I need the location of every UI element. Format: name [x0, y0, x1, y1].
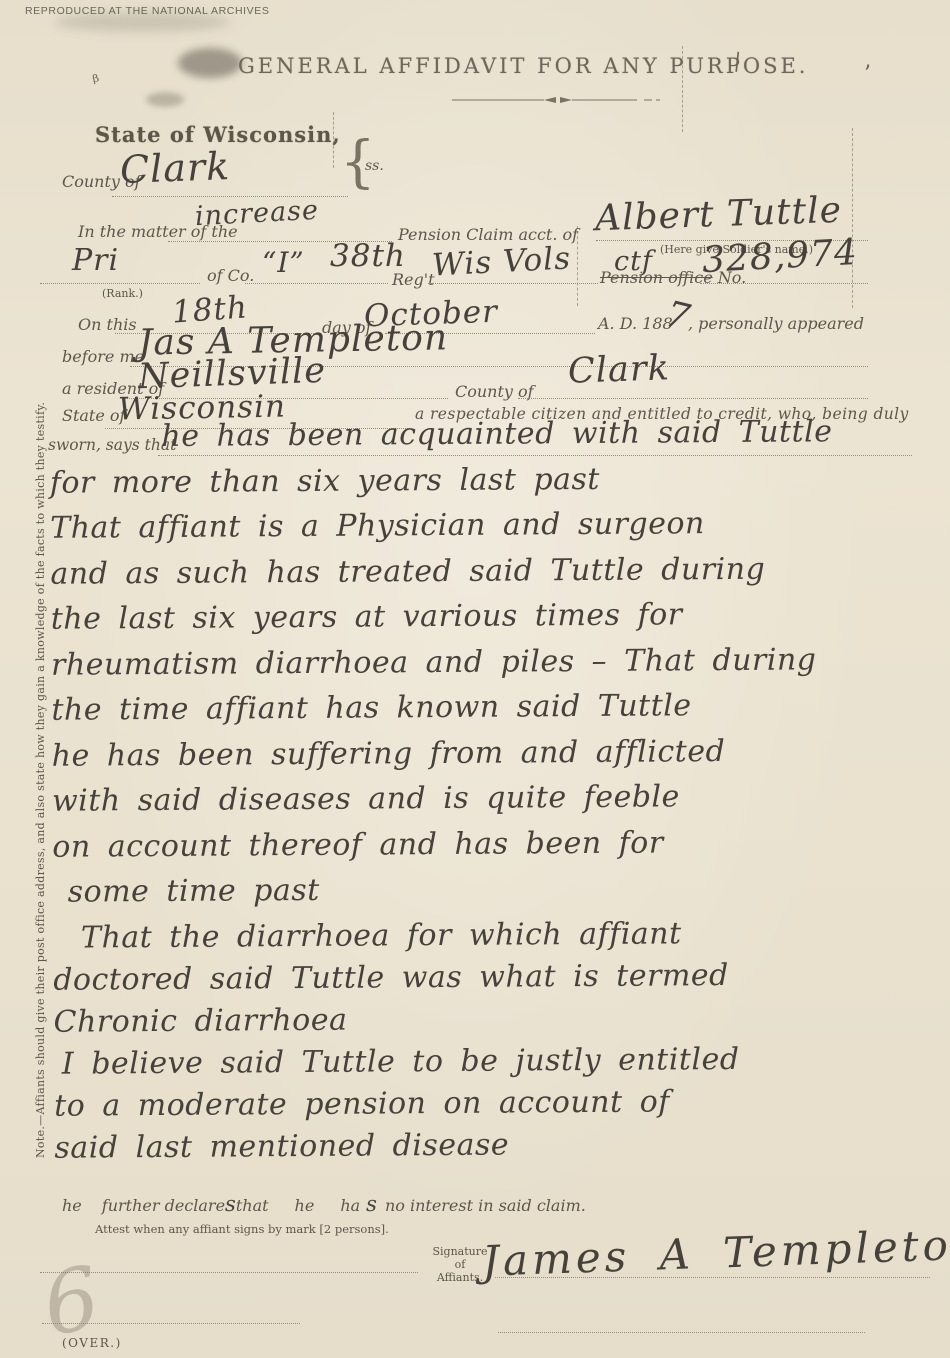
declaration-line: hefurther declaresthathehasno interest i…	[62, 1192, 586, 1216]
affiant-signature: James A Templeton	[481, 1219, 950, 1285]
signature-label-line: Signature	[432, 1245, 488, 1258]
stray-ink-mark: ᵦ	[90, 66, 101, 88]
dotted-rule	[518, 398, 868, 399]
testimony-line: I believe said Tuttle to be justly entit…	[54, 1043, 837, 1090]
dotted-rule	[498, 1332, 865, 1333]
testimony-line: the last six years at various times for	[51, 598, 834, 649]
testimony-line: he has been suffering from and afflicted	[52, 735, 835, 786]
testimony-body: he has been acquainted with said Tuttle …	[49, 416, 837, 1174]
declaration-ha: ha	[340, 1196, 360, 1215]
soldier-name-value: Albert Tuttle	[594, 190, 842, 240]
dotted-rule	[40, 283, 200, 284]
dotted-rule	[700, 283, 868, 284]
affidavit-document-page: REPRODUCED AT THE NATIONAL ARCHIVES GENE…	[0, 0, 950, 1358]
unit-value: Wis Vols	[431, 240, 572, 283]
testimony-line: doctored said Tuttle was what is termed	[53, 959, 836, 1006]
testimony-line: That affiant is a Physician and surgeon	[50, 507, 833, 558]
declaration-that: that	[236, 1196, 269, 1215]
testimony-line: the time affiant has known said Tuttle	[51, 689, 834, 740]
ink-smudge	[178, 48, 242, 78]
testimony-line: said last mentioned disease	[54, 1127, 837, 1174]
over-label: (OVER.)	[62, 1336, 122, 1350]
declaration-he2: he	[295, 1196, 315, 1215]
testimony-line: on account thereof and has been for	[52, 826, 835, 877]
pension-number-value: 328,974	[701, 232, 859, 281]
personally-appeared-label: , personally appeared	[688, 314, 864, 333]
title-divider-ornament	[452, 94, 667, 106]
declaration-he: he	[62, 1196, 82, 1215]
testimony-line: some time past	[53, 871, 836, 922]
county-value: Clark	[119, 144, 231, 192]
testimony-line: to a moderate pension on account of	[54, 1085, 837, 1132]
signature-label-line: of	[432, 1258, 488, 1271]
dotted-rule	[245, 283, 388, 284]
county2-value: Clark	[567, 348, 670, 392]
dotted-rule	[42, 1323, 300, 1324]
declaration-further-declare: further declare	[102, 1196, 225, 1215]
matter-value: increase	[194, 195, 319, 232]
dashed-guide-line	[682, 46, 683, 132]
testimony-line: with said diseases and is quite feeble	[52, 780, 835, 831]
testimony-line: he has been acquainted with said Tuttle	[49, 416, 832, 467]
state-heading: State of Wisconsin,	[95, 122, 341, 147]
dashed-guide-line	[852, 128, 853, 308]
testimony-line: rheumatism diarrhoea and piles – That du…	[51, 644, 834, 695]
rank-value: Pri	[72, 243, 119, 278]
on-this-label: On this	[78, 315, 137, 334]
rank-label: (Rank.)	[102, 287, 143, 300]
ss-label: ss.	[365, 158, 384, 174]
dotted-rule	[40, 1272, 418, 1273]
handwritten-s: s	[366, 1192, 377, 1216]
archives-stamp: REPRODUCED AT THE NATIONAL ARCHIVES	[25, 5, 269, 17]
regiment-number-value: 38th	[330, 238, 406, 274]
handwritten-s: s	[225, 1192, 236, 1216]
regiment-label: Reg't	[392, 270, 435, 289]
stray-ink-mark: ’	[864, 62, 871, 87]
signature-label-line: Affiants.	[432, 1271, 488, 1284]
before-me-label: before me	[62, 347, 144, 366]
signature-label: Signature of Affiants.	[432, 1245, 488, 1284]
margin-note: Note.—Affiants should give their post of…	[34, 438, 47, 1158]
stray-ink-mark: ❘	[728, 47, 747, 73]
declaration-no-interest: no interest in said claim.	[385, 1196, 586, 1215]
pension-office-struck-text: Pension office	[600, 268, 713, 287]
ink-smudge	[146, 92, 184, 107]
page-title: GENERAL AFFIDAVIT FOR ANY PURPOSE.	[238, 54, 808, 78]
dotted-rule	[428, 283, 598, 284]
attest-note: Attest when any affiant signs by mark [2…	[95, 1222, 389, 1236]
testimony-line: for more than six years last past	[50, 462, 833, 513]
testimony-line: and as such has treated said Tuttle duri…	[50, 553, 833, 604]
company-value: “I”	[262, 246, 305, 279]
